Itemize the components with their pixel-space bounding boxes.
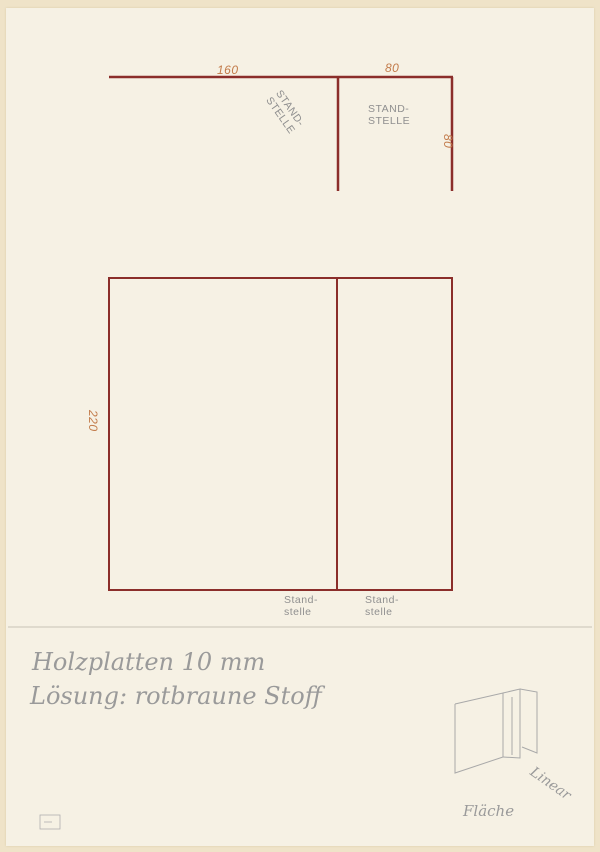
standstelle-left-label: Stand- stelle [284, 594, 318, 618]
folding-screen-sketch [455, 689, 537, 773]
label-line-1: Stand- [284, 594, 318, 606]
standstelle-box-label: STAND- STELLE [368, 103, 410, 127]
elevation-view-lines [109, 278, 452, 590]
sketch-label-flaeche: Fläche [463, 802, 514, 820]
dimension-160: 160 [217, 63, 239, 77]
note-material: Holzplatten 10 mm [32, 648, 265, 676]
label-line-1: Stand- [365, 594, 399, 606]
label-line-2: STELLE [368, 115, 410, 127]
label-line-2: stelle [284, 606, 318, 618]
dimension-220: 220 [86, 410, 100, 432]
dimension-80-depth: 80 [441, 134, 455, 148]
standstelle-right-label: Stand- stelle [365, 594, 399, 618]
label-line-1: STAND- [368, 103, 410, 115]
dimension-80-width: 80 [385, 61, 399, 75]
label-line-2: stelle [365, 606, 399, 618]
note-solution: Lösung: rotbraune Stoff [30, 682, 322, 710]
stamp-icon [40, 815, 60, 829]
